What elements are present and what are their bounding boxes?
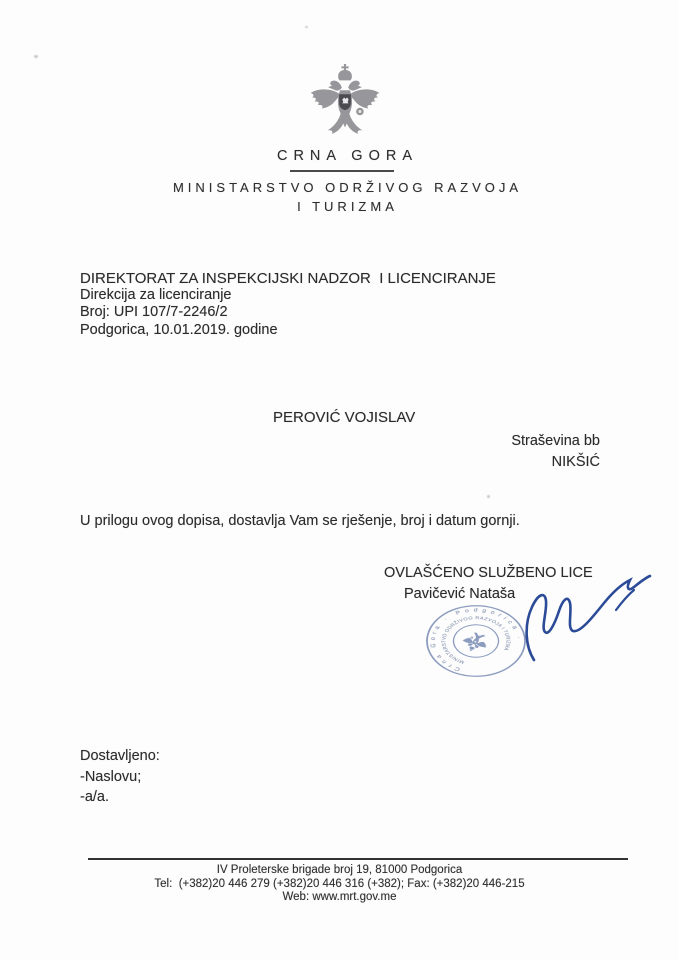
footer-block: IV Proleterske brigade broj 19, 81000 Po… [0,864,679,905]
reference-block: DIREKTORAT ZA INSPEKCIJSKI NADZOR I LICE… [80,270,496,339]
footer-web: Web: www.mrt.gov.me [0,891,679,905]
distribution-item: -Naslovu; [80,767,160,788]
scan-speck [305,26,308,28]
ministry-name-line2: I TURIZMA [8,199,679,214]
department-name: Direkcija za licenciranje [80,287,496,304]
distribution-label: Dostavljeno: [80,746,160,767]
recipient-address: Straševina bb NIKŠIĆ [420,431,600,472]
reference-number: Broj: UPI 107/7-2246/2 [80,304,496,321]
footer-contacts: Tel: (+382)20 446 279 (+382)20 446 316 (… [0,878,679,892]
footer-divider [88,858,628,860]
scan-speck [487,495,490,498]
distribution-item: -a/a. [80,787,160,808]
footer-address: IV Proleterske brigade broj 19, 81000 Po… [0,864,679,878]
recipient-name: PEROVIĆ VOJISLAV [273,409,415,426]
stamp-eagle-icon [458,630,492,655]
montenegro-coat-of-arms-icon [299,64,391,145]
ministry-name-line1: MINISTARSTVO ODRŽIVOG RAZVOJA [8,180,679,195]
country-name: CRNA GORA [8,148,679,164]
recipient-street: Straševina bb [420,431,600,452]
letter-page: CRNA GORA MINISTARSTVO ODRŽIVOG RAZVOJA … [0,0,679,960]
place-and-date: Podgorica, 10.01.2019. godine [80,322,496,339]
scan-speck [34,55,38,58]
directorate-name: DIREKTORAT ZA INSPEKCIJSKI NADZOR I LICE… [80,270,496,287]
header-divider [290,170,394,172]
handwritten-signature [516,574,654,671]
recipient-city: NIKŠIĆ [420,452,600,473]
signer-name: Pavičević Nataša [404,586,515,602]
letter-body-paragraph: U prilogu ovog dopisa, dostavlja Vam se … [80,513,520,529]
distribution-block: Dostavljeno: -Naslovu; -a/a. [80,746,160,808]
